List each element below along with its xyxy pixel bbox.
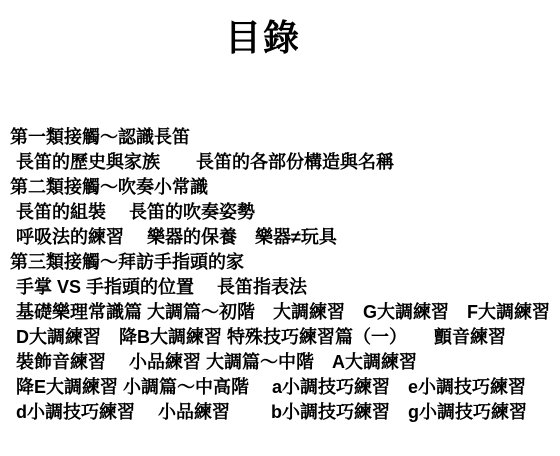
toc-item-line: D大調練習 降B大調練習 特殊技巧練習篇（一） 顫音練習 — [10, 325, 560, 350]
toc-item-line: 裝飾音練習 小品練習 大調篇～中階 A大調練習 — [10, 350, 560, 375]
toc-section-line: 第一類接觸～認識長笛 — [10, 125, 560, 150]
toc-section-line: 第二類接觸～吹奏小常識 — [10, 175, 560, 200]
toc-item-line: d小調技巧練習 小品練習 b小調技巧練習 g小調技巧練習 — [10, 400, 560, 425]
page-title: 目錄 — [0, 16, 526, 59]
toc-item-line: 基礎樂理常識篇 大調篇～初階 大調練習 G大調練習 F大調練習 — [10, 300, 560, 325]
toc-section-line: 第三類接觸～拜訪手指頭的家 — [10, 250, 560, 275]
toc-item-line: 長笛的歷史與家族 長笛的各部份構造與名稱 — [10, 150, 560, 175]
toc-item-line: 呼吸法的練習 樂器的保養 樂器≠玩具 — [10, 225, 560, 250]
toc-item-line: 長笛的組裝 長笛的吹奏姿勢 — [10, 200, 560, 225]
toc-item-line: 降E大調練習 小調篇～中高階 a小調技巧練習 e小調技巧練習 — [10, 375, 560, 400]
toc-list: 第一類接觸～認識長笛長笛的歷史與家族 長笛的各部份構造與名稱第二類接觸～吹奏小常… — [0, 125, 560, 425]
toc-item-line: 手掌 VS 手指頭的位置 長笛指表法 — [10, 275, 560, 300]
toc-page: 目錄 第一類接觸～認識長笛長笛的歷史與家族 長笛的各部份構造與名稱第二類接觸～吹… — [0, 0, 560, 456]
